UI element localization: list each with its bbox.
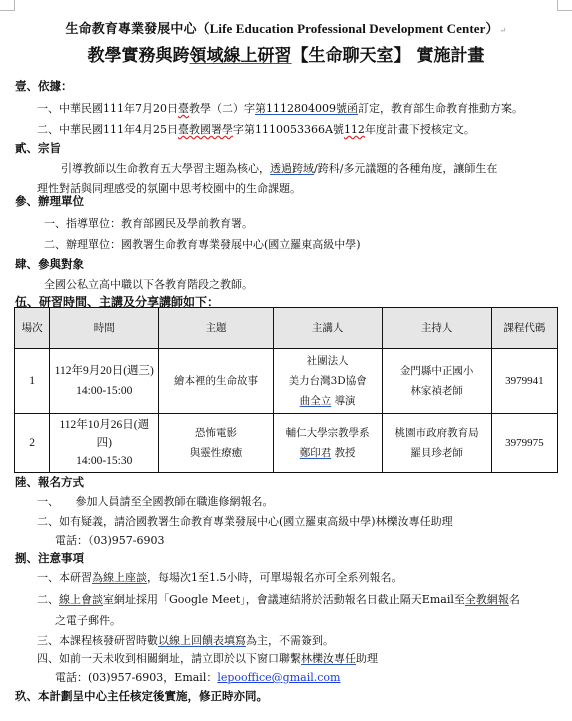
speaker-title: 教授 xyxy=(335,447,356,459)
basis-item-1: 一、中華民國111年7月20日臺教學（二）字第1112804009號函訂定，教育… xyxy=(37,100,523,116)
topic-line-1: 繪本裡的生命故事 xyxy=(162,371,269,391)
notes-contact: 電話：(03)957-6903，Email：lepooffice@gmail.c… xyxy=(55,669,340,685)
notes-item-1-post: ，每場次1至1.5小時，可單場報名亦可全系列報名。 xyxy=(147,571,403,584)
cell-speaker: 輔仁大學宗教學系 鄭印君 教授 xyxy=(273,414,382,473)
notes-item-2: 二、線上會談室網址採用「Google Meet」，會議連結將於活動報名日截止隔天… xyxy=(37,591,520,607)
cell-topic: 繪本裡的生命故事 xyxy=(159,349,273,414)
basis-item-1-pre: 一、中華民國111年7月20日 xyxy=(37,102,178,115)
basis-item-2-mid: 字第1110053366A號 xyxy=(233,123,344,136)
cell-course-code: 3979975 xyxy=(491,414,557,473)
grammar-underline-text: 林櫟汝專任 xyxy=(301,652,356,665)
host-org: 桃園市政府教育局 xyxy=(386,423,488,443)
cell-topic: 恐怖電影 與靈性療癒 xyxy=(159,414,273,473)
spellcheck-word: 112 xyxy=(344,123,365,136)
grammar-underline-text: 全教網報 xyxy=(465,593,509,606)
grammar-underline-text: 以線上回饋表填寫 xyxy=(158,634,246,647)
notes-item-2-cont: 之電子郵件。 xyxy=(55,612,121,628)
cell-session: 1 xyxy=(15,349,50,414)
page-margin-corner-left xyxy=(0,0,15,11)
speaker-name: 曲全立 xyxy=(300,395,332,407)
paragraph-mark-icon: ↵ xyxy=(500,26,507,35)
notes-item-4: 四、如前一天未收到相關網址，請立即於以下窗口聯繫林櫟汝專任助理 xyxy=(37,650,378,666)
basis-item-2: 二、中華民國111年4月25日臺教國署學字第1110053366A號112年度計… xyxy=(37,121,475,137)
org-title: 生命教育專業發展中心（Life Education Professional D… xyxy=(0,18,572,37)
cell-speaker: 社團法人 美力台灣3D協會 曲全立 導演 xyxy=(273,349,382,414)
section-heading-participants: 肆、參與對象 xyxy=(15,256,84,272)
section-heading-purpose: 貳、宗旨 xyxy=(15,140,61,156)
basis-item-1-post: 訂定，教育部生命教育推動方案。 xyxy=(358,102,523,115)
notes-item-4-pre: 四、如前一天未收到相關網址，請立即於以下窗口聯繫 xyxy=(37,652,301,665)
spellcheck-word: 臺教國署學 xyxy=(178,123,233,136)
speaker-org-line-2: 美力台灣3D協會 xyxy=(277,371,379,391)
grammar-underline-text: 為線上座談 xyxy=(92,571,147,584)
notes-item-2-pre: 二、 xyxy=(37,593,59,606)
cell-time: 112年10月26日(週四) 14:00-15:30 xyxy=(50,414,159,473)
speaker-org-line-1: 社團法人 xyxy=(277,351,379,371)
basis-item-1-mid: 教學（二）字 xyxy=(189,102,255,115)
section-heading-organizers: 參、辦理單位 xyxy=(15,193,84,209)
registration-item-1: 一、 參加人員請至全國教師在職進修網報名。 xyxy=(37,493,274,509)
organizer-item-2: 二、辦理單位：國教署生命教育專業發展中心(國立羅東高級中學) xyxy=(44,236,361,252)
plan-title: 教學實務與跨領域線上研習【生命聊天室】 實施計畫 xyxy=(0,41,572,66)
plan-title-underlined: 領域線上研習 xyxy=(190,46,292,66)
grammar-underline-text: 第1112804009號函 xyxy=(255,102,358,115)
page-margin-corner-right xyxy=(557,0,572,11)
host-name: 林家禎老師 xyxy=(386,381,488,401)
cell-host: 桃園市政府教育局 羅貝珍老師 xyxy=(382,414,491,473)
header-time: 時間 xyxy=(50,308,159,349)
session-time: 14:00-15:00 xyxy=(53,381,155,401)
speaker-org-line-1: 輔仁大學宗教學系 xyxy=(277,423,379,443)
cell-session: 2 xyxy=(15,414,50,473)
topic-line-1: 恐怖電影 xyxy=(162,423,269,443)
notes-item-3-pre: 三、本課程核發研習時數 xyxy=(37,634,158,647)
schedule-table: 場次 時間 主題 主講人 主持人 課程代碼 1 112年9月20日(週三) 14… xyxy=(14,307,558,473)
session-date: 112年9月20日(週三) xyxy=(53,361,155,381)
notes-item-1-pre: 一、本研習 xyxy=(37,571,92,584)
grammar-underline-text: 透過跨域 xyxy=(270,162,314,175)
session-date: 112年10月26日(週四) xyxy=(53,416,155,452)
notes-item-3-post: 為主，不需簽到。 xyxy=(246,634,334,647)
header-session: 場次 xyxy=(15,308,50,349)
cell-course-code: 3979941 xyxy=(491,349,557,414)
host-name: 羅貝珍老師 xyxy=(386,443,488,463)
organizer-item-1: 一、指導單位：教育部國民及學前教育署。 xyxy=(44,215,253,231)
purpose-text-pre: 引導教師以生命教育五大學習主題為核心， xyxy=(61,162,270,175)
plan-title-pre: 教學實務與跨 xyxy=(88,46,190,66)
email-link[interactable]: lepooffice@gmail.com xyxy=(217,671,340,684)
plan-title-post: 【生命聊天室】 實施計畫 xyxy=(292,46,485,66)
section-heading-registration: 陸、報名方式 xyxy=(15,474,84,490)
cell-time: 112年9月20日(週三) 14:00-15:00 xyxy=(50,349,159,414)
header-topic: 主題 xyxy=(159,308,273,349)
table-row: 1 112年9月20日(週三) 14:00-15:00 繪本裡的生命故事 社團法… xyxy=(15,349,558,414)
table-header-row: 場次 時間 主題 主講人 主持人 課程代碼 xyxy=(15,308,558,349)
basis-item-2-post: 年度計畫下授核定文。 xyxy=(365,123,475,136)
header-course-code: 課程代碼 xyxy=(491,308,557,349)
header-speaker: 主講人 xyxy=(273,308,382,349)
purpose-text: 引導教師以生命教育五大學習主題為核心，透過跨域/跨科/多元議題的各種角度，讓師生… xyxy=(61,160,497,176)
spellcheck-word: 臺 xyxy=(178,102,189,115)
host-org: 金門縣中正國小 xyxy=(386,361,488,381)
notes-item-1: 一、本研習為線上座談，每場次1至1.5小時，可單場報名亦可全系列報名。 xyxy=(37,569,403,585)
session-time: 14:00-15:30 xyxy=(53,452,155,470)
notes-item-2-post: 名 xyxy=(509,593,520,606)
section-heading-notes: 捌、注意事項 xyxy=(15,550,84,566)
notes-item-4-post: 助理 xyxy=(356,652,378,665)
org-title-text: 生命教育專業發展中心（Life Education Professional D… xyxy=(66,21,499,36)
speaker-name: 鄭印君 xyxy=(300,447,332,459)
notes-item-3: 三、本課程核發研習時數以線上回饋表填寫為主，不需簽到。 xyxy=(37,632,334,648)
header-host: 主持人 xyxy=(382,308,491,349)
speaker-name-line: 曲全立 導演 xyxy=(277,391,379,411)
participants-text: 全國公私立高中職以下各教育階段之教師。 xyxy=(44,276,253,292)
topic-line-2: 與靈性療癒 xyxy=(162,443,269,463)
speaker-name-line: 鄭印君 教授 xyxy=(277,443,379,463)
section-heading-approval: 玖、本計劃呈中心主任核定後實施，修正時亦同。 xyxy=(15,688,268,704)
purpose-text-post: /跨科/多元議題的各種角度，讓師生在 xyxy=(314,162,497,175)
basis-item-2-pre: 二、中華民國111年4月25日 xyxy=(37,123,178,136)
contact-phone-text: 電話：(03)957-6903，Email： xyxy=(55,671,217,684)
table-row: 2 112年10月26日(週四) 14:00-15:30 恐怖電影 與靈性療癒 … xyxy=(15,414,558,473)
cell-host: 金門縣中正國小 林家禎老師 xyxy=(382,349,491,414)
grammar-underline-text: 線上會談 xyxy=(59,593,103,606)
section-heading-basis: 壹、依據： xyxy=(15,78,73,94)
speaker-title: 導演 xyxy=(335,395,356,407)
registration-phone: 電話：（03)957-6903 xyxy=(55,532,165,548)
notes-item-2-mid: 室網址採用「Google Meet」，會議連結將於活動報名日截止隔天Email至 xyxy=(103,593,465,606)
registration-item-2: 二、如有疑義，請洽國教署生命教育專業發展中心(國立羅東高級中學)林櫟汝專任助理 xyxy=(37,513,453,529)
